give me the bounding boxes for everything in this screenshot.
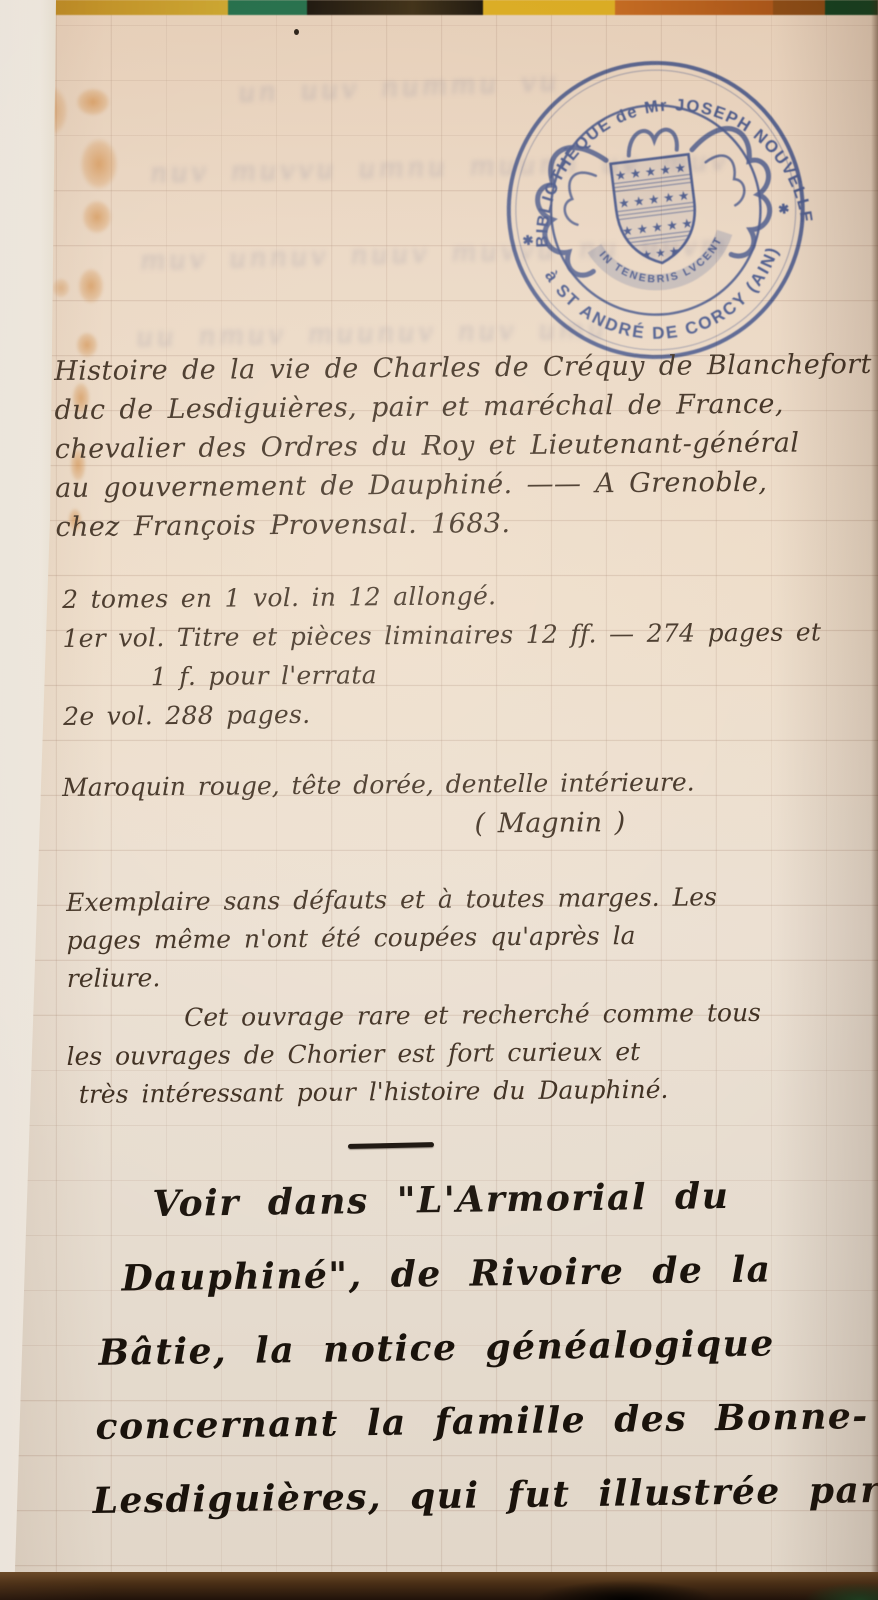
collation-line: 2e vol. 288 pages. bbox=[63, 690, 822, 736]
remark-block: Cet ouvrage rare et recherché comme tous… bbox=[66, 994, 762, 1114]
binding-line: ( Magnin ) bbox=[62, 802, 695, 848]
condition-block: Exemplaire sans défauts et à toutes marg… bbox=[66, 878, 718, 998]
remark-line: les ouvrages de Chorier est fort curieux… bbox=[66, 1032, 761, 1076]
title-line: au gouvernement de Dauphiné. —— A Grenob… bbox=[55, 462, 873, 508]
photo-edge-right bbox=[871, 0, 878, 1600]
collation-line: 2 tomes en 1 vol. in 12 allongé. bbox=[62, 573, 821, 619]
foxing-stain bbox=[52, 278, 70, 298]
condition-line: Exemplaire sans défauts et à toutes marg… bbox=[66, 878, 717, 922]
stamp-star-left: ✱ bbox=[522, 232, 535, 248]
manuscript-photo: un uuv nummu vu nuv muvvu umnu muunn uv … bbox=[0, 0, 878, 1600]
stamp-star-right: ✱ bbox=[777, 201, 790, 217]
title-line: chez François Provensal. 1683. bbox=[55, 501, 873, 547]
title-block: Histoire de la vie de Charles de Créquy … bbox=[54, 345, 873, 547]
collation-line: 1 f. pour l'errata bbox=[63, 651, 822, 697]
foxing-stain bbox=[82, 200, 112, 234]
foxing-stain bbox=[78, 268, 104, 304]
remark-line: Cet ouvrage rare et recherché comme tous bbox=[66, 994, 761, 1038]
note-block: Voir dans "L'Armorial du Dauphiné", de R… bbox=[86, 1157, 878, 1538]
condition-line: pages même n'ont été coupées qu'après la bbox=[66, 916, 717, 960]
condition-line: reliure. bbox=[67, 954, 718, 998]
tapestry-top-edge bbox=[0, 0, 878, 15]
foxing-stain bbox=[76, 88, 110, 116]
section-divider-stroke bbox=[348, 1142, 434, 1149]
note-line: Lesdiguières, qui fut illustrée par bbox=[90, 1453, 878, 1538]
collation-block: 2 tomes en 1 vol. in 12 allongé. 1er vol… bbox=[62, 573, 822, 736]
remark-line: très intéressant pour l'histoire du Daup… bbox=[67, 1070, 762, 1114]
binding-line: Maroquin rouge, tête dorée, dentelle int… bbox=[62, 762, 695, 808]
table-edge-bottom bbox=[0, 1572, 878, 1600]
library-stamp: BIBLIOTHÈQUE de Mr JOSEPH NOUVELLET à ST… bbox=[482, 38, 830, 386]
note-line: concernant la famille des Bonne- bbox=[89, 1379, 878, 1464]
binding-block: Maroquin rouge, tête dorée, dentelle int… bbox=[62, 762, 695, 848]
collation-line: 1er vol. Titre et pièces liminaires 12 f… bbox=[62, 612, 821, 658]
note-line: Dauphiné", de Rivoire de la bbox=[87, 1231, 878, 1316]
ink-speck bbox=[294, 29, 299, 35]
foxing-stain bbox=[80, 138, 118, 190]
note-line: Bâtie, la notice généalogique bbox=[88, 1305, 878, 1390]
page-edge-left bbox=[0, 0, 58, 1600]
note-line: Voir dans "L'Armorial du bbox=[86, 1157, 877, 1242]
